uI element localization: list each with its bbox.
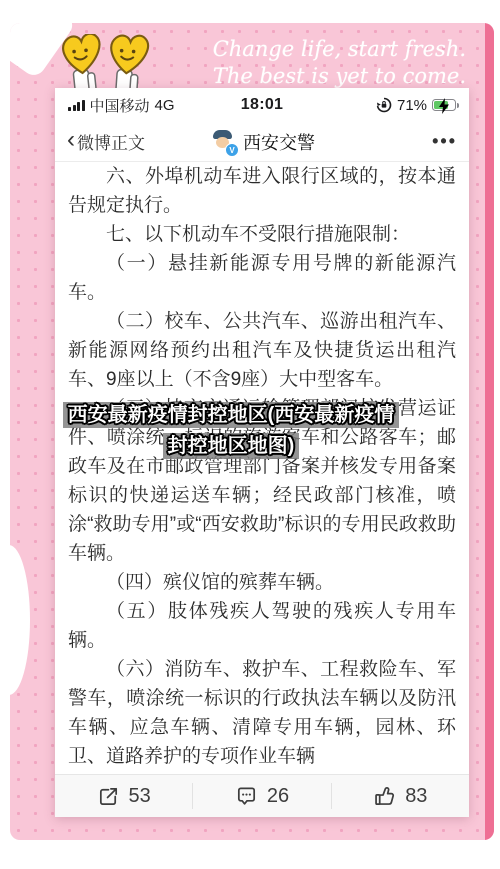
comment-button[interactable]: 26 [192, 783, 330, 809]
article-paragraph: （二）校车、公共汽车、巡游出租汽车、新能源网络预约出租汽车及快捷货运出租汽车、9… [68, 307, 456, 394]
watermark-title: 西安最新疫情封控地区(西安最新疫情封控地区地图) [57, 400, 405, 462]
article-paragraph: （四）殡仪馆的殡葬车辆。 [68, 568, 456, 597]
battery-charging-icon [432, 99, 456, 111]
orientation-lock-icon [376, 97, 392, 113]
avatar: V [209, 128, 236, 155]
phone-screenshot: 中国移动 4G 18:01 71% [55, 88, 469, 817]
nav-bar: ‹ 微博正文 V 西安交警 ••• [55, 122, 469, 162]
thumbs-up-icon [373, 785, 396, 808]
battery-percent-label: 71% [397, 97, 427, 114]
banner-quote-line2: The best is yet to come. [213, 63, 466, 90]
like-count: 83 [405, 785, 427, 808]
article-paragraph: 六、外埠机动车进入限行区域的，按本通告规定执行。 [68, 162, 456, 220]
signal-strength-icon [68, 100, 85, 111]
article-paragraph: （一）悬挂新能源专用号牌的新能源汽车。 [68, 249, 456, 307]
share-button[interactable]: 53 [55, 783, 192, 809]
network-type-label: 4G [155, 97, 175, 114]
more-options-button[interactable]: ••• [315, 131, 457, 152]
account-name: 西安交警 [243, 129, 315, 155]
frame-accent-strip [485, 23, 494, 840]
back-button[interactable]: ‹ 微博正文 [67, 129, 209, 154]
action-toolbar: 53 26 83 [55, 774, 469, 817]
page: Change life, start fresh. The best is ye… [0, 0, 500, 869]
account-header[interactable]: V 西安交警 [209, 128, 315, 155]
share-icon [97, 785, 120, 808]
article-paragraph: 七、以下机动车不受限行措施限制： [68, 220, 456, 249]
share-count: 53 [129, 785, 151, 808]
back-chevron-icon: ‹ [67, 130, 75, 150]
back-label: 微博正文 [77, 129, 145, 154]
like-button[interactable]: 83 [331, 783, 469, 809]
banner-quote: Change life, start fresh. The best is ye… [213, 36, 466, 90]
carrier-label: 中国移动 [90, 95, 150, 116]
heart-smiley-icon [56, 34, 152, 96]
article-body: 六、外埠机动车进入限行区域的，按本通告规定执行。 七、以下机动车不受限行措施限制… [68, 162, 456, 775]
banner-quote-line1: Change life, start fresh. [213, 36, 466, 63]
verified-badge-icon: V [225, 143, 239, 157]
comment-icon [235, 785, 258, 808]
clock: 18:01 [241, 96, 283, 114]
status-bar: 中国移动 4G 18:01 71% [55, 88, 469, 122]
frame-wavy-edge [10, 545, 30, 695]
article-paragraph: （五）肢体残疾人驾驶的残疾人专用车辆。 [68, 597, 456, 655]
comment-count: 26 [267, 785, 289, 808]
article-paragraph: （六）消防车、救护车、工程救险车、军警车，喷涂统一标识的行政执法车辆以及防汛车辆… [68, 655, 456, 771]
